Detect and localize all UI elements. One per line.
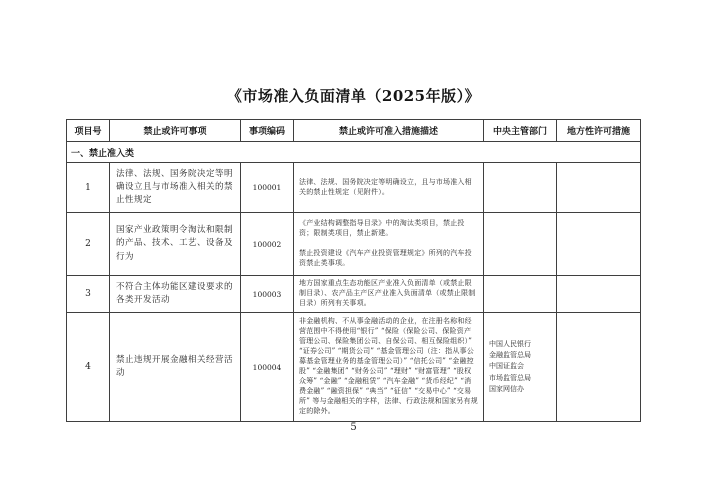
header-central-department: 中央主管部门 (484, 120, 557, 142)
table-row: 2 国家产业政策明令淘汰和限制的产品、技术、工艺、设备及行为 100002 《产… (67, 213, 641, 276)
table-header-row: 项目号 禁止或许可事项 事项编码 禁止或许可准入措施描述 中央主管部门 地方性许… (67, 120, 641, 142)
header-measure-description: 禁止或许可准入措施描述 (294, 120, 484, 142)
section-row: 一、禁止准入类 (67, 142, 641, 163)
item-cell: 法律、法规、国务院决定等明确设立且与市场准入相关的禁止性规定 (110, 163, 241, 213)
item-cell: 禁止违规开展金融相关经营活动 (110, 313, 241, 422)
header-item-no: 项目号 (67, 120, 110, 142)
header-local-measures: 地方性许可措施 (557, 120, 641, 142)
section-title: 一、禁止准入类 (67, 142, 641, 163)
description-cell: 非金融机构、不从事金融活动的企业，在注册名称和经营范围中不得使用“银行” “保险… (294, 313, 484, 422)
page-number: 5 (0, 422, 707, 433)
item-cell: 不符合主体功能区建设要求的各类开发活动 (110, 276, 241, 313)
description-cell: 地方国家重点生态功能区产业准入负面清单（或禁止限制目录）、农产品主产区产业准入负… (294, 276, 484, 313)
code-cell: 100004 (241, 313, 294, 422)
row-number-cell: 2 (67, 213, 110, 276)
row-number-cell: 1 (67, 163, 110, 213)
page-title: 《市场准入负面清单（2025年版）》 (0, 85, 707, 106)
department-cell (484, 163, 557, 213)
negative-list-table: 项目号 禁止或许可事项 事项编码 禁止或许可准入措施描述 中央主管部门 地方性许… (66, 119, 641, 422)
document-page: 《市场准入负面清单（2025年版）》 项目号 禁止或许可事项 事项编码 禁止或许… (0, 0, 707, 500)
local-measure-cell (557, 213, 641, 276)
local-measure-cell (557, 163, 641, 213)
row-number-cell: 4 (67, 313, 110, 422)
table-row: 4 禁止违规开展金融相关经营活动 100004 非金融机构、不从事金融活动的企业… (67, 313, 641, 422)
table-row: 1 法律、法规、国务院决定等明确设立且与市场准入相关的禁止性规定 100001 … (67, 163, 641, 213)
department-cell (484, 213, 557, 276)
local-measure-cell (557, 276, 641, 313)
code-cell: 100002 (241, 213, 294, 276)
description-cell: 法律、法规、国务院决定等明确设立，且与市场准入相关的禁止性规定（见附件）。 (294, 163, 484, 213)
header-matter-code: 事项编码 (241, 120, 294, 142)
local-measure-cell (557, 313, 641, 422)
description-cell: 《产业结构调整指导目录》中的淘汰类项目，禁止投资；限制类项目，禁止新建。 禁止投… (294, 213, 484, 276)
code-cell: 100003 (241, 276, 294, 313)
department-cell (484, 276, 557, 313)
header-prohibited-matter: 禁止或许可事项 (110, 120, 241, 142)
item-cell: 国家产业政策明令淘汰和限制的产品、技术、工艺、设备及行为 (110, 213, 241, 276)
table-row: 3 不符合主体功能区建设要求的各类开发活动 100003 地方国家重点生态功能区… (67, 276, 641, 313)
row-number-cell: 3 (67, 276, 110, 313)
department-cell: 中国人民银行 金融监管总局 中国证监会 市场监管总局 国家网信办 (484, 313, 557, 422)
code-cell: 100001 (241, 163, 294, 213)
